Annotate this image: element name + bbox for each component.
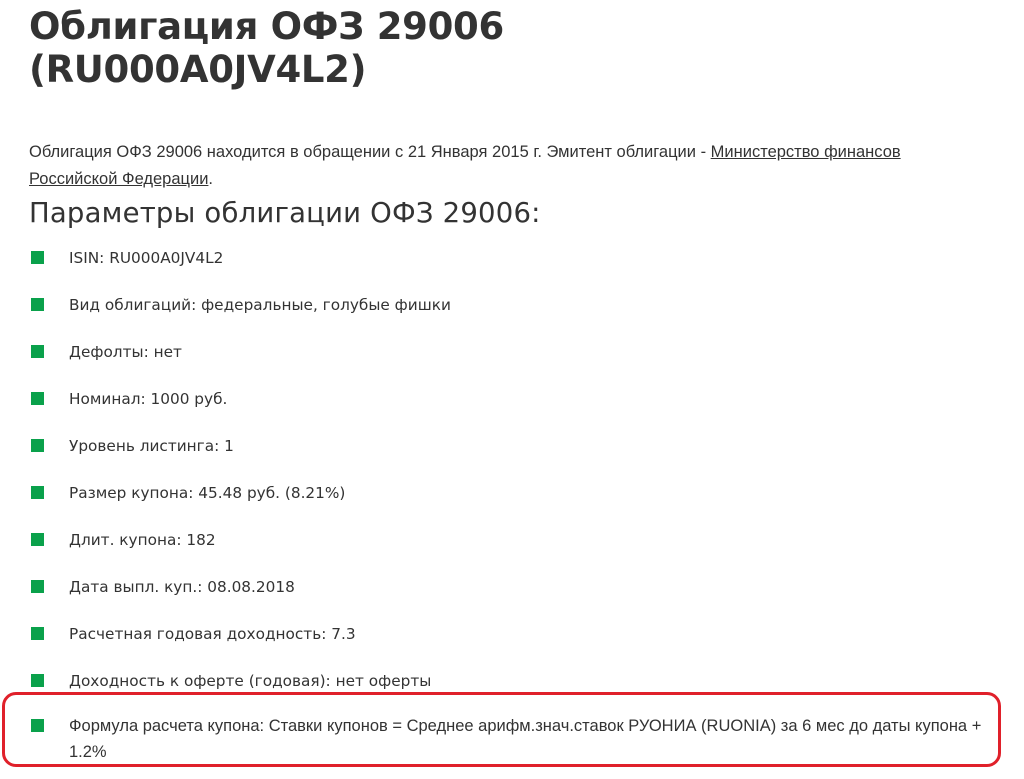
bullet-square-icon <box>31 674 44 687</box>
intro-paragraph: Облигация ОФЗ 29006 находится в обращени… <box>29 139 969 193</box>
param-item-defaults: Дефолты: нет <box>29 339 989 386</box>
bullet-square-icon <box>31 345 44 358</box>
param-item-yield: Расчетная годовая доходность: 7.3 <box>29 621 989 668</box>
param-item-listing: Уровень листинга: 1 <box>29 433 989 480</box>
params-heading: Параметры облигации ОФЗ 29006: <box>29 193 541 233</box>
param-item-coupon-duration: Длит. купона: 182 <box>29 527 989 574</box>
param-item-isin: ISIN: RU000A0JV4L2 <box>29 245 989 292</box>
page-title-line2: (RU000A0JV4L2) <box>29 48 366 91</box>
formula-text: Формула расчета купона: Ставки купонов =… <box>29 713 989 765</box>
bullet-square-icon <box>31 627 44 640</box>
bullet-square-icon <box>31 486 44 499</box>
param-item-nominal: Номинал: 1000 руб. <box>29 386 989 433</box>
param-item-coupon-size: Размер купона: 45.48 руб. (8.21%) <box>29 480 989 527</box>
bullet-square-icon <box>31 580 44 593</box>
param-item-coupon-date: Дата выпл. куп.: 08.08.2018 <box>29 574 989 621</box>
param-item-formula: Формула расчета купона: Ставки купонов =… <box>29 713 989 765</box>
intro-text: Облигация ОФЗ 29006 находится в обращени… <box>29 143 711 161</box>
page-title-line1: Облигация ОФЗ 29006 <box>29 5 504 48</box>
bullet-square-icon <box>31 533 44 546</box>
param-item-type: Вид облигаций: федеральные, голубые фишк… <box>29 292 989 339</box>
params-list: ISIN: RU000A0JV4L2 Вид облигаций: федера… <box>29 245 989 715</box>
page-title: Облигация ОФЗ 29006 (RU000A0JV4L2) <box>29 5 504 91</box>
bullet-square-icon <box>31 439 44 452</box>
bullet-square-icon <box>31 298 44 311</box>
bullet-square-icon <box>31 392 44 405</box>
bullet-square-icon <box>31 719 44 732</box>
intro-suffix: . <box>208 170 213 188</box>
bullet-square-icon <box>31 251 44 264</box>
